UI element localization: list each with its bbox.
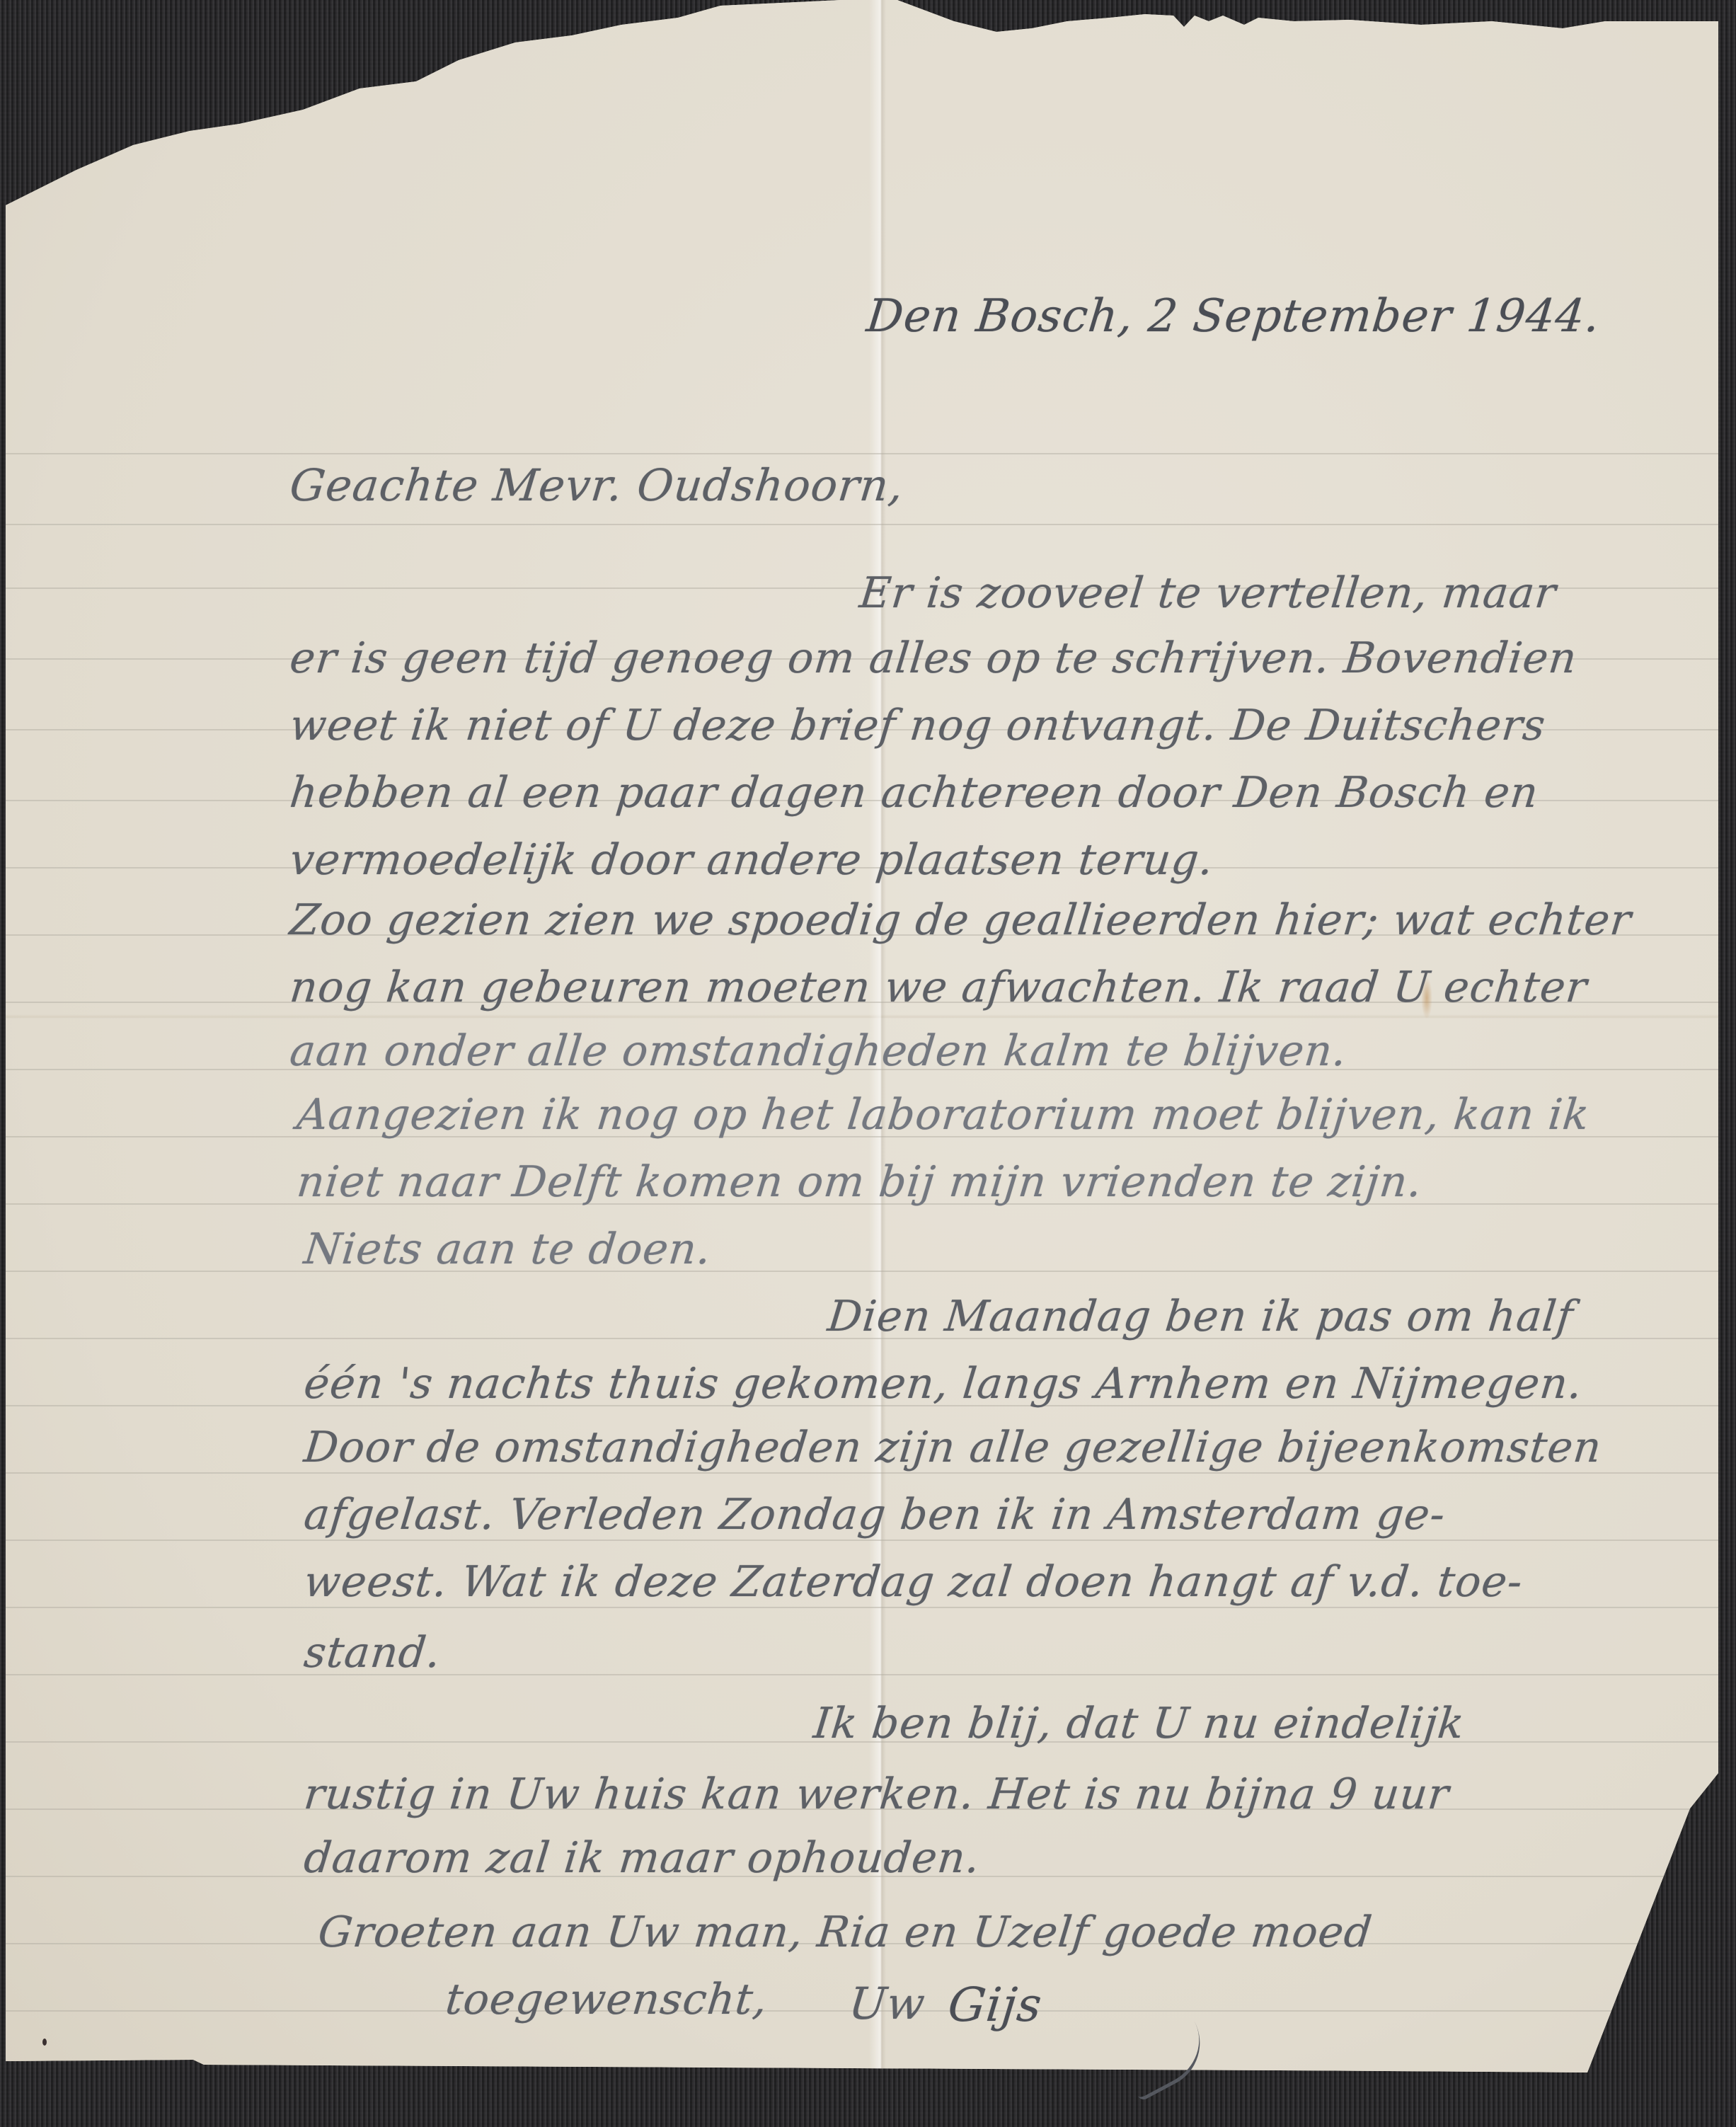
ruled-line [6, 1607, 1727, 1608]
letter-line: nog kan gebeuren moeten we afwachten. Ik… [288, 966, 1590, 1009]
ruled-line [6, 453, 1727, 454]
speck [42, 2039, 47, 2046]
letter-line: stand. [302, 1632, 443, 1674]
letter-line: weest. Wat ik deze Zaterdag zal doen han… [302, 1561, 1525, 1603]
ruled-line [6, 524, 1727, 525]
letter-line: één 's nachts thuis gekomen, langs Arnhe… [302, 1363, 1585, 1405]
salutation: Geachte Mevr. Oudshoorn, [288, 464, 906, 508]
letter-line: afgelast. Verleden Zondag ben ik in Amst… [302, 1494, 1447, 1536]
letter-line: aan onder alle omstandigheden kalm te bl… [288, 1030, 1349, 1072]
letter-line: Dien Maandag ben ik pas om half [826, 1295, 1575, 1338]
letter-line: Er is zooveel te vertellen, maar [858, 572, 1558, 614]
letter-line: Groeten aan Uw man, Ria en Uzelf goede m… [316, 1911, 1374, 1954]
ruled-line [6, 1472, 1727, 1474]
letter-line: er is geen tijd genoeg om alles op te sc… [288, 637, 1579, 680]
ruled-line [6, 1271, 1727, 1272]
letter-line: Aangezien ik nog op het laboratorium moe… [295, 1094, 1592, 1136]
letter-line: Ik ben blij, dat U nu eindelijk [812, 1702, 1467, 1745]
letter-line: weet ik niet of U deze brief nog ontvang… [288, 704, 1548, 747]
letter-line: Door de omstandigheden zijn alle gezelli… [302, 1426, 1604, 1469]
closing: Uw [847, 1982, 928, 2026]
ruled-line [6, 1540, 1727, 1541]
letter-line: daarom zal ik maar ophouden. [302, 1837, 982, 1879]
signature: Gijs [946, 1982, 1045, 2029]
letter-line: hebben al een paar dagen achtereen door … [288, 772, 1541, 814]
letter-line: rustig in Uw huis kan werken. Het is nu … [302, 1773, 1452, 1816]
letter-line: niet naar Delft komen om bij mijn vriend… [295, 1161, 1425, 1203]
letter-line: vermoedelijk door andere plaatsen terug. [288, 839, 1216, 881]
letter-line: toegewenscht, [444, 1978, 770, 2021]
letter-line: Zoo gezien zien we spoedig de geallieerd… [288, 899, 1633, 941]
letter-line: Niets aan te doen. [302, 1228, 713, 1271]
ruled-line [6, 1674, 1727, 1675]
place-date: Den Bosch, 2 September 1944. [865, 294, 1603, 339]
